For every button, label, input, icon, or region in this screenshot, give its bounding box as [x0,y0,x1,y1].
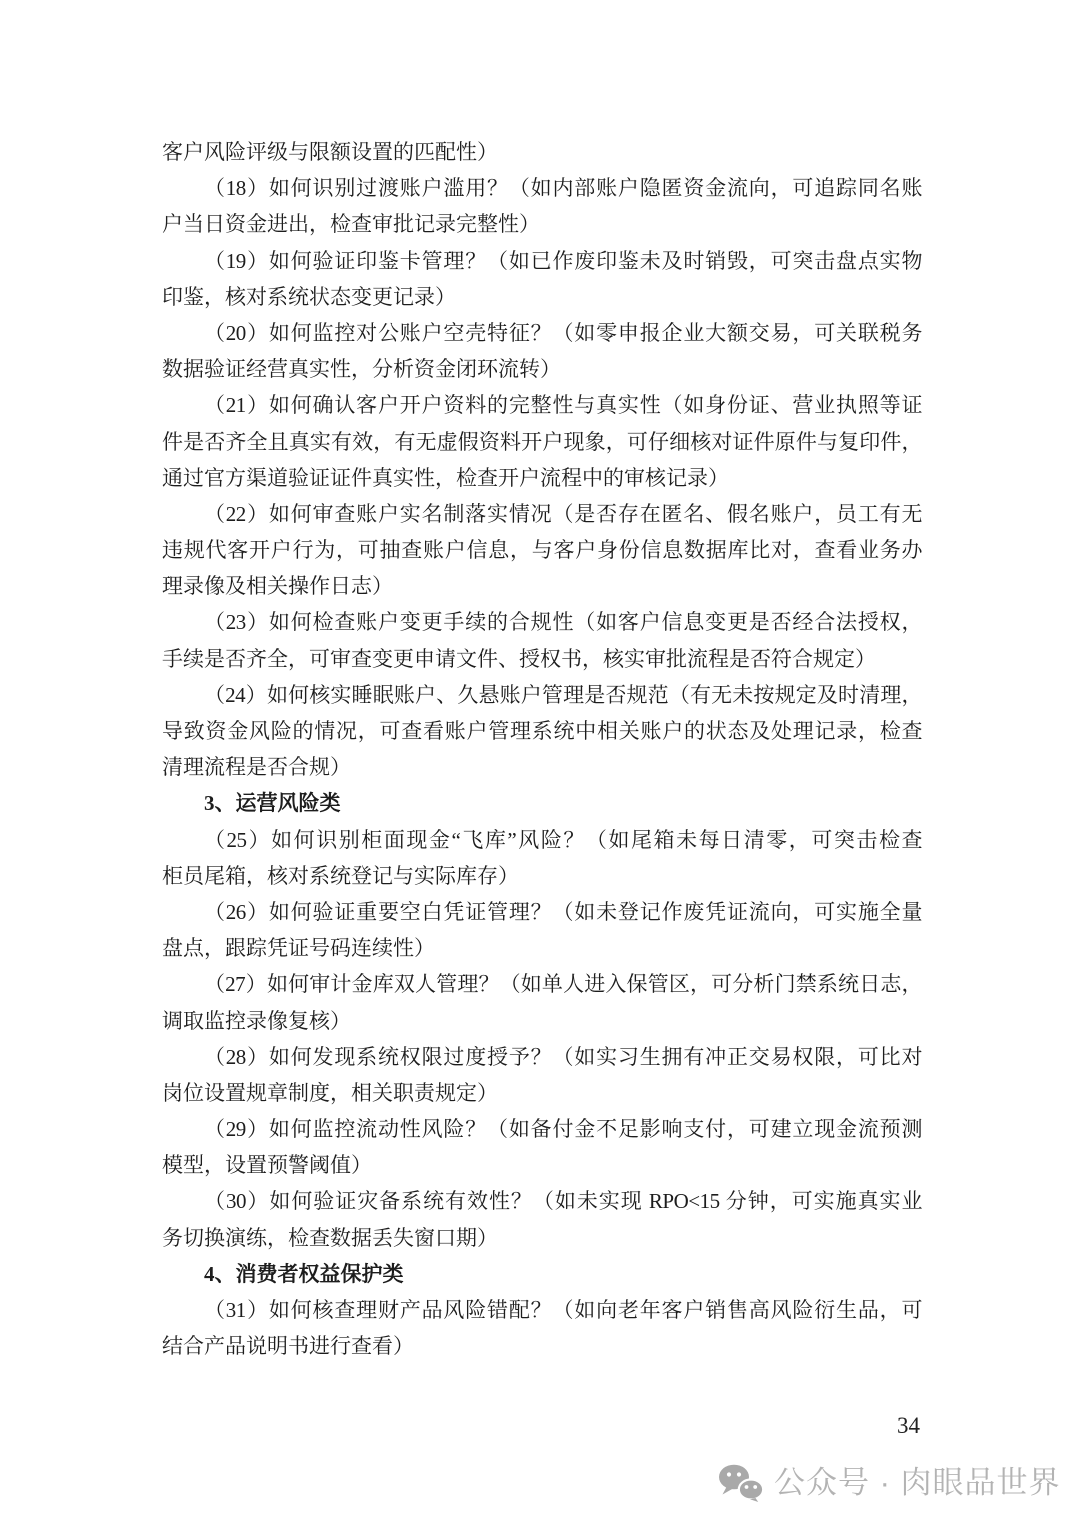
section-3-heading: 3、运营风险类 [162,785,922,821]
item-28-line-1: （28）如何发现系统权限过度授予？（如实习生拥有冲正交易权限，可比对 [162,1039,922,1075]
item-18-line-1: （18）如何识别过渡账户滥用？（如内部账户隐匿资金流向，可追踪同名账 [162,170,922,206]
page-number: 34 [897,1412,920,1440]
item-29-line-1: （29）如何监控流动性风险？（如备付金不足影响支付，可建立现金流预测 [162,1111,922,1147]
item-28-line-2: 岗位设置规章制度，相关职责规定） [162,1075,922,1111]
item-30-line-2: 务切换演练，检查数据丢失窗口期） [162,1220,922,1256]
item-20-line-2: 数据验证经营真实性，分析资金闭环流转） [162,351,922,387]
item-31-line-1: （31）如何核查理财产品风险错配？（如向老年客户销售高风险衍生品，可 [162,1292,922,1328]
item-21-line-1: （21）如何确认客户开户资料的完整性与真实性（如身份证、营业执照等证 [162,387,922,423]
item-19-line-2: 印鉴，核对系统状态变更记录） [162,279,922,315]
item-22-line-1: （22）如何审查账户实名制落实情况（是否存在匿名、假名账户，员工有无 [162,496,922,532]
item-18-line-2: 户当日资金进出，检查审批记录完整性） [162,206,922,242]
item-31-line-2: 结合产品说明书进行查看） [162,1328,922,1364]
item-24-line-3: 清理流程是否合规） [162,749,922,785]
watermark: 公众号 · 肉眼品世界 [718,1462,1061,1504]
item-29-line-2: 模型，设置预警阈值） [162,1147,922,1183]
item-26-line-1: （26）如何验证重要空白凭证管理？（如未登记作废凭证流向，可实施全量 [162,894,922,930]
item-20-line-1: （20）如何监控对公账户空壳特征？（如零申报企业大额交易，可关联税务 [162,315,922,351]
item-27-line-2: 调取监控录像复核） [162,1003,922,1039]
document-page: 客户风险评级与限额设置的匹配性） （18）如何识别过渡账户滥用？（如内部账户隐匿… [0,0,1080,1527]
item-22-line-2: 违规代客开户行为，可抽查账户信息，与客户身份信息数据库比对，查看业务办 [162,532,922,568]
item-26-line-2: 盘点，跟踪凭证号码连续性） [162,930,922,966]
item-25-line-1: （25）如何识别柜面现金“飞库”风险？（如尾箱未每日清零，可突击检查 [162,822,922,858]
item-27-line-1: （27）如何审计金库双人管理？（如单人进入保管区，可分析门禁系统日志， [162,966,922,1002]
body-text: 客户风险评级与限额设置的匹配性） （18）如何识别过渡账户滥用？（如内部账户隐匿… [162,134,922,1364]
item-21-line-2: 件是否齐全且真实有效，有无虚假资料开户现象，可仔细核对证件原件与复印件， [162,424,922,460]
item-24-line-2: 导致资金风险的情况，可查看账户管理系统中相关账户的状态及处理记录，检查 [162,713,922,749]
item-25-line-2: 柜员尾箱，核对系统登记与实际库存） [162,858,922,894]
wechat-logo-icon [718,1464,764,1502]
item-30-line-1: （30）如何验证灾备系统有效性？（如未实现 RPO<15 分钟，可实施真实业 [162,1183,922,1219]
item-23-line-2: 手续是否齐全，可审查变更申请文件、授权书，核实审批流程是否符合规定） [162,641,922,677]
section-4-heading: 4、消费者权益保护类 [162,1256,922,1292]
para-17-continuation: 客户风险评级与限额设置的匹配性） [162,134,922,170]
item-24-line-1: （24）如何核实睡眠账户、久悬账户管理是否规范（有无未按规定及时清理， [162,677,922,713]
item-19-line-1: （19）如何验证印鉴卡管理？（如已作废印鉴未及时销毁，可突击盘点实物 [162,243,922,279]
item-23-line-1: （23）如何检查账户变更手续的合规性（如客户信息变更是否经合法授权， [162,604,922,640]
item-22-line-3: 理录像及相关操作日志） [162,568,922,604]
item-21-line-3: 通过官方渠道验证证件真实性，检查开户流程中的审核记录） [162,460,922,496]
watermark-label: 公众号 · 肉眼品世界 [774,1464,1061,1502]
